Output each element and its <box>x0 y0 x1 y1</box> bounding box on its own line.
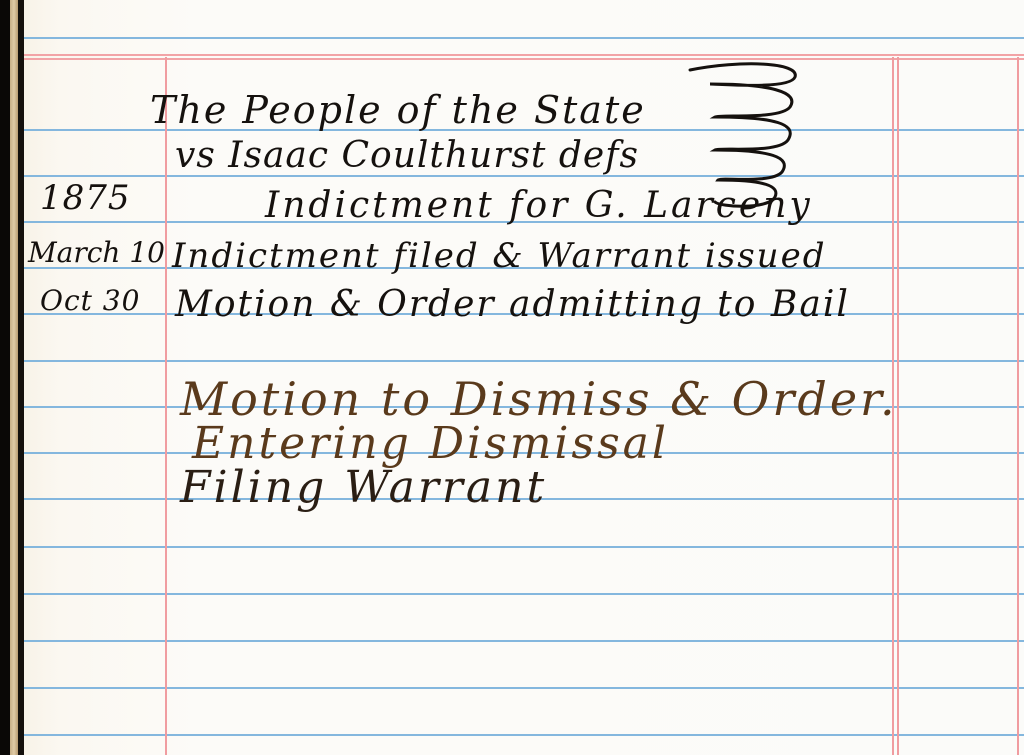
blue-rule <box>24 687 1024 689</box>
blue-rule <box>24 640 1024 642</box>
date-column-rule <box>165 57 167 755</box>
case-title-line1: The People of the State <box>150 88 646 132</box>
blue-rule <box>24 546 1024 548</box>
header-red-rule <box>24 54 1024 56</box>
top-blue-rule <box>24 37 1024 39</box>
entry-filing-warrant: Filing Warrant <box>180 462 547 513</box>
date-entry-march: March 10 <box>28 236 165 269</box>
flourish-icon <box>680 62 810 212</box>
entry-motion-bail: Motion & Order admitting to Bail <box>175 284 850 325</box>
right-column-rule <box>1017 57 1019 755</box>
blue-rule <box>24 593 1024 595</box>
entry-indictment-filed: Indictment filed & Warrant issued <box>172 236 826 276</box>
ledger-page: 1875 March 10 Oct 30 The People of the S… <box>0 0 1024 755</box>
year-entry: 1875 <box>40 178 131 218</box>
header-red-rule-2 <box>24 58 1024 60</box>
case-title-line2: vs Isaac Coulthurst defs <box>175 135 639 176</box>
blue-rule <box>24 360 1024 362</box>
book-binding <box>0 0 10 755</box>
blue-rule <box>24 734 1024 736</box>
page-edge <box>10 0 18 755</box>
date-entry-oct: Oct 30 <box>40 284 140 317</box>
